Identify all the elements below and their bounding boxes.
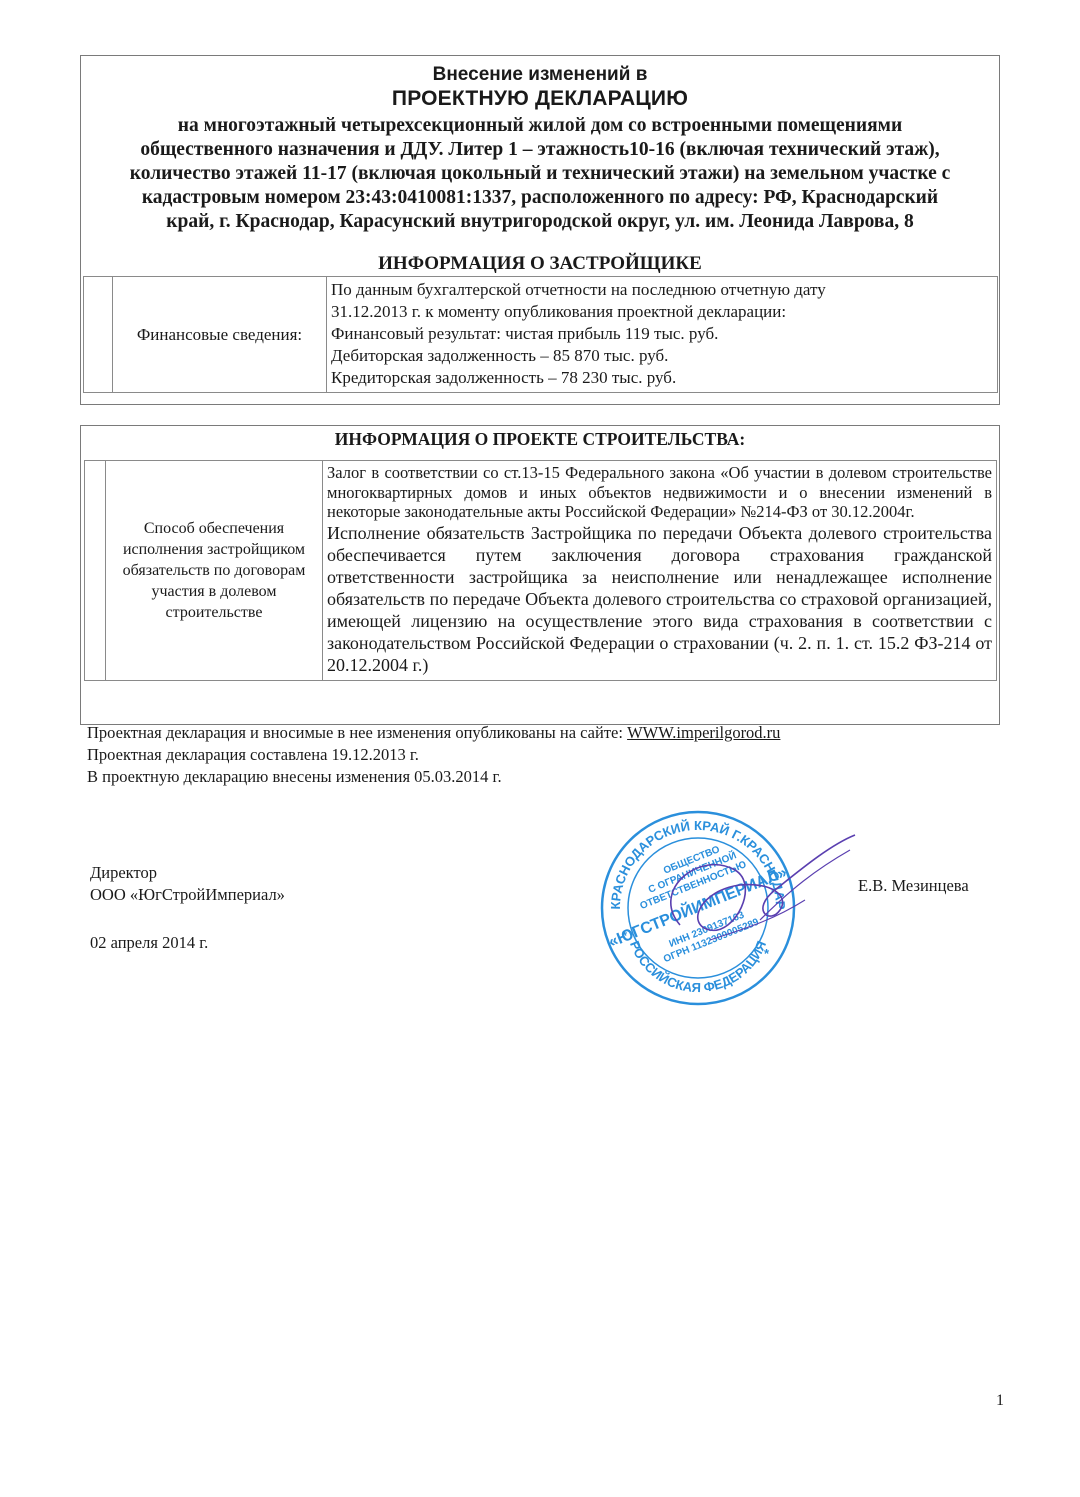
page-number: 1 — [996, 1392, 1004, 1410]
financial-line: Финансовый результат: чистая прибыль 119… — [331, 323, 993, 345]
insurance-paragraph: Исполнение обязательств Застройщика по п… — [327, 522, 992, 676]
guarantee-method-value: Залог в соответствии со ст.13-15 Федерал… — [323, 461, 997, 681]
financial-line: Кредиторская задолженность – 78 230 тыс.… — [331, 367, 993, 389]
signatory-name: Е.В. Мезинцева — [858, 876, 969, 896]
project-info-table: Способ обеспечения исполнения застройщик… — [84, 460, 997, 681]
title-line-2: ПРОЕКТНУЮ ДЕКЛАРАЦИЮ — [81, 87, 999, 111]
financial-line: 31.12.2013 г. к моменту опубликования пр… — [331, 301, 993, 323]
declaration-subtitle: на многоэтажный четырехсекционный жилой … — [87, 114, 993, 234]
table-row: Финансовые сведения: По данным бухгалтер… — [84, 277, 998, 393]
financial-line: По данным бухгалтерской отчетности на по… — [331, 279, 993, 301]
financial-info-table: Финансовые сведения: По данным бухгалтер… — [83, 276, 998, 393]
row-number-cell — [84, 277, 113, 393]
project-info-heading: ИНФОРМАЦИЯ О ПРОЕКТЕ СТРОИТЕЛЬСТВА: — [81, 428, 999, 450]
financial-values: По данным бухгалтерской отчетности на по… — [327, 277, 998, 393]
signatory-position: Директор — [90, 862, 285, 884]
signatory-company: ООО «ЮгСтройИмпериал» — [90, 884, 285, 906]
signatory-block: Директор ООО «ЮгСтройИмпериал» — [90, 862, 285, 906]
subtitle-line: на многоэтажный четырехсекционный жилой … — [87, 114, 993, 138]
published-text: Проектная декларация и вносимые в нее из… — [87, 723, 627, 742]
pledge-paragraph: Залог в соответствии со ст.13-15 Федерал… — [327, 463, 992, 522]
footnotes: Проектная декларация и вносимые в нее из… — [87, 722, 780, 788]
subtitle-line: край, г. Краснодар, Карасунский внутриго… — [87, 210, 993, 234]
website-link[interactable]: WWW.imperilgorod.ru — [627, 723, 780, 742]
row-number-cell — [85, 461, 106, 681]
published-note: Проектная декларация и вносимые в нее из… — [87, 722, 780, 744]
developer-info-heading: ИНФОРМАЦИЯ О ЗАСТРОЙЩИКЕ — [81, 252, 999, 276]
subtitle-line: кадастровым номером 23:43:0410081:1337, … — [87, 186, 993, 210]
title-line-1: Внесение изменений в — [81, 64, 999, 86]
guarantee-method-label: Способ обеспечения исполнения застройщик… — [106, 461, 323, 681]
financial-line: Дебиторская задолженность – 85 870 тыс. … — [331, 345, 993, 367]
signature-date: 02 апреля 2014 г. — [90, 933, 208, 953]
subtitle-line: общественного назначения и ДДУ. Литер 1 … — [87, 138, 993, 162]
amended-note: В проектную декларацию внесены изменения… — [87, 766, 780, 788]
compiled-note: Проектная декларация составлена 19.12.20… — [87, 744, 780, 766]
subtitle-line: количество этажей 11-17 (включая цокольн… — [87, 162, 993, 186]
table-row: Способ обеспечения исполнения застройщик… — [85, 461, 997, 681]
handwritten-signature-icon — [640, 830, 860, 960]
financial-label: Финансовые сведения: — [113, 277, 327, 393]
